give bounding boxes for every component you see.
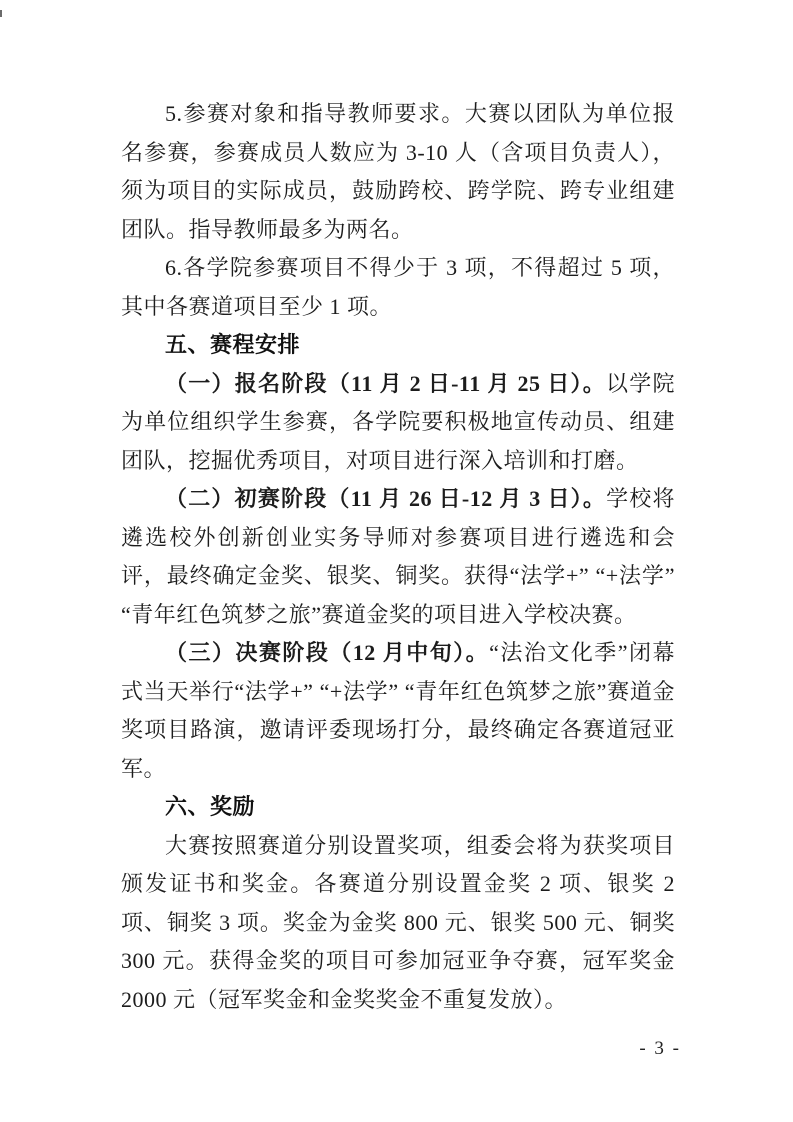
page-number: - 3 - — [639, 1038, 681, 1060]
paragraph-awards: 大赛按照赛道分别设置奖项，组委会将为获奖项目颁发证书和奖金。各赛道分别设置金奖 … — [121, 827, 675, 1020]
paragraph-stage-registration: （一）报名阶段（11 月 2 日-11 月 25 日）。以学院为单位组织学生参赛… — [121, 365, 675, 481]
section-heading-schedule: 五、赛程安排 — [121, 326, 675, 365]
paragraph-text: 6.各学院参赛项目不得少于 3 项，不得超过 5 项，其中各赛道项目至少 1 项… — [121, 255, 675, 319]
paragraph-stage-preliminary: （二）初赛阶段（11 月 26 日-12 月 3 日）。学校将遴选校外创新创业实… — [121, 480, 675, 634]
stage-lead-final: （三）决赛阶段（12 月中旬）。 — [165, 640, 489, 665]
paragraph-text: 5.参赛对象和指导教师要求。大赛以团队为单位报名参赛，参赛成员人数应为 3-10… — [121, 101, 675, 242]
stage-lead-registration: （一）报名阶段（11 月 2 日-11 月 25 日）。 — [165, 371, 606, 396]
document-page: 5.参赛对象和指导教师要求。大赛以团队为单位报名参赛，参赛成员人数应为 3-10… — [0, 0, 793, 1122]
document-body: 5.参赛对象和指导教师要求。大赛以团队为单位报名参赛，参赛成员人数应为 3-10… — [121, 95, 675, 1019]
section-heading-awards: 六、奖励 — [121, 788, 675, 827]
paragraph-stage-final: （三）决赛阶段（12 月中旬）。“法治文化季”闭幕式当天举行“法学+” “+法学… — [121, 634, 675, 788]
paragraph-item-5: 5.参赛对象和指导教师要求。大赛以团队为单位报名参赛，参赛成员人数应为 3-10… — [121, 95, 675, 249]
paragraph-text: 大赛按照赛道分别设置奖项，组委会将为获奖项目颁发证书和奖金。各赛道分别设置金奖 … — [121, 833, 675, 1012]
stage-lead-preliminary: （二）初赛阶段（11 月 26 日-12 月 3 日）。 — [165, 486, 606, 511]
paragraph-item-6: 6.各学院参赛项目不得少于 3 项，不得超过 5 项，其中各赛道项目至少 1 项… — [121, 249, 675, 326]
scan-artifact-mark — [0, 10, 2, 17]
